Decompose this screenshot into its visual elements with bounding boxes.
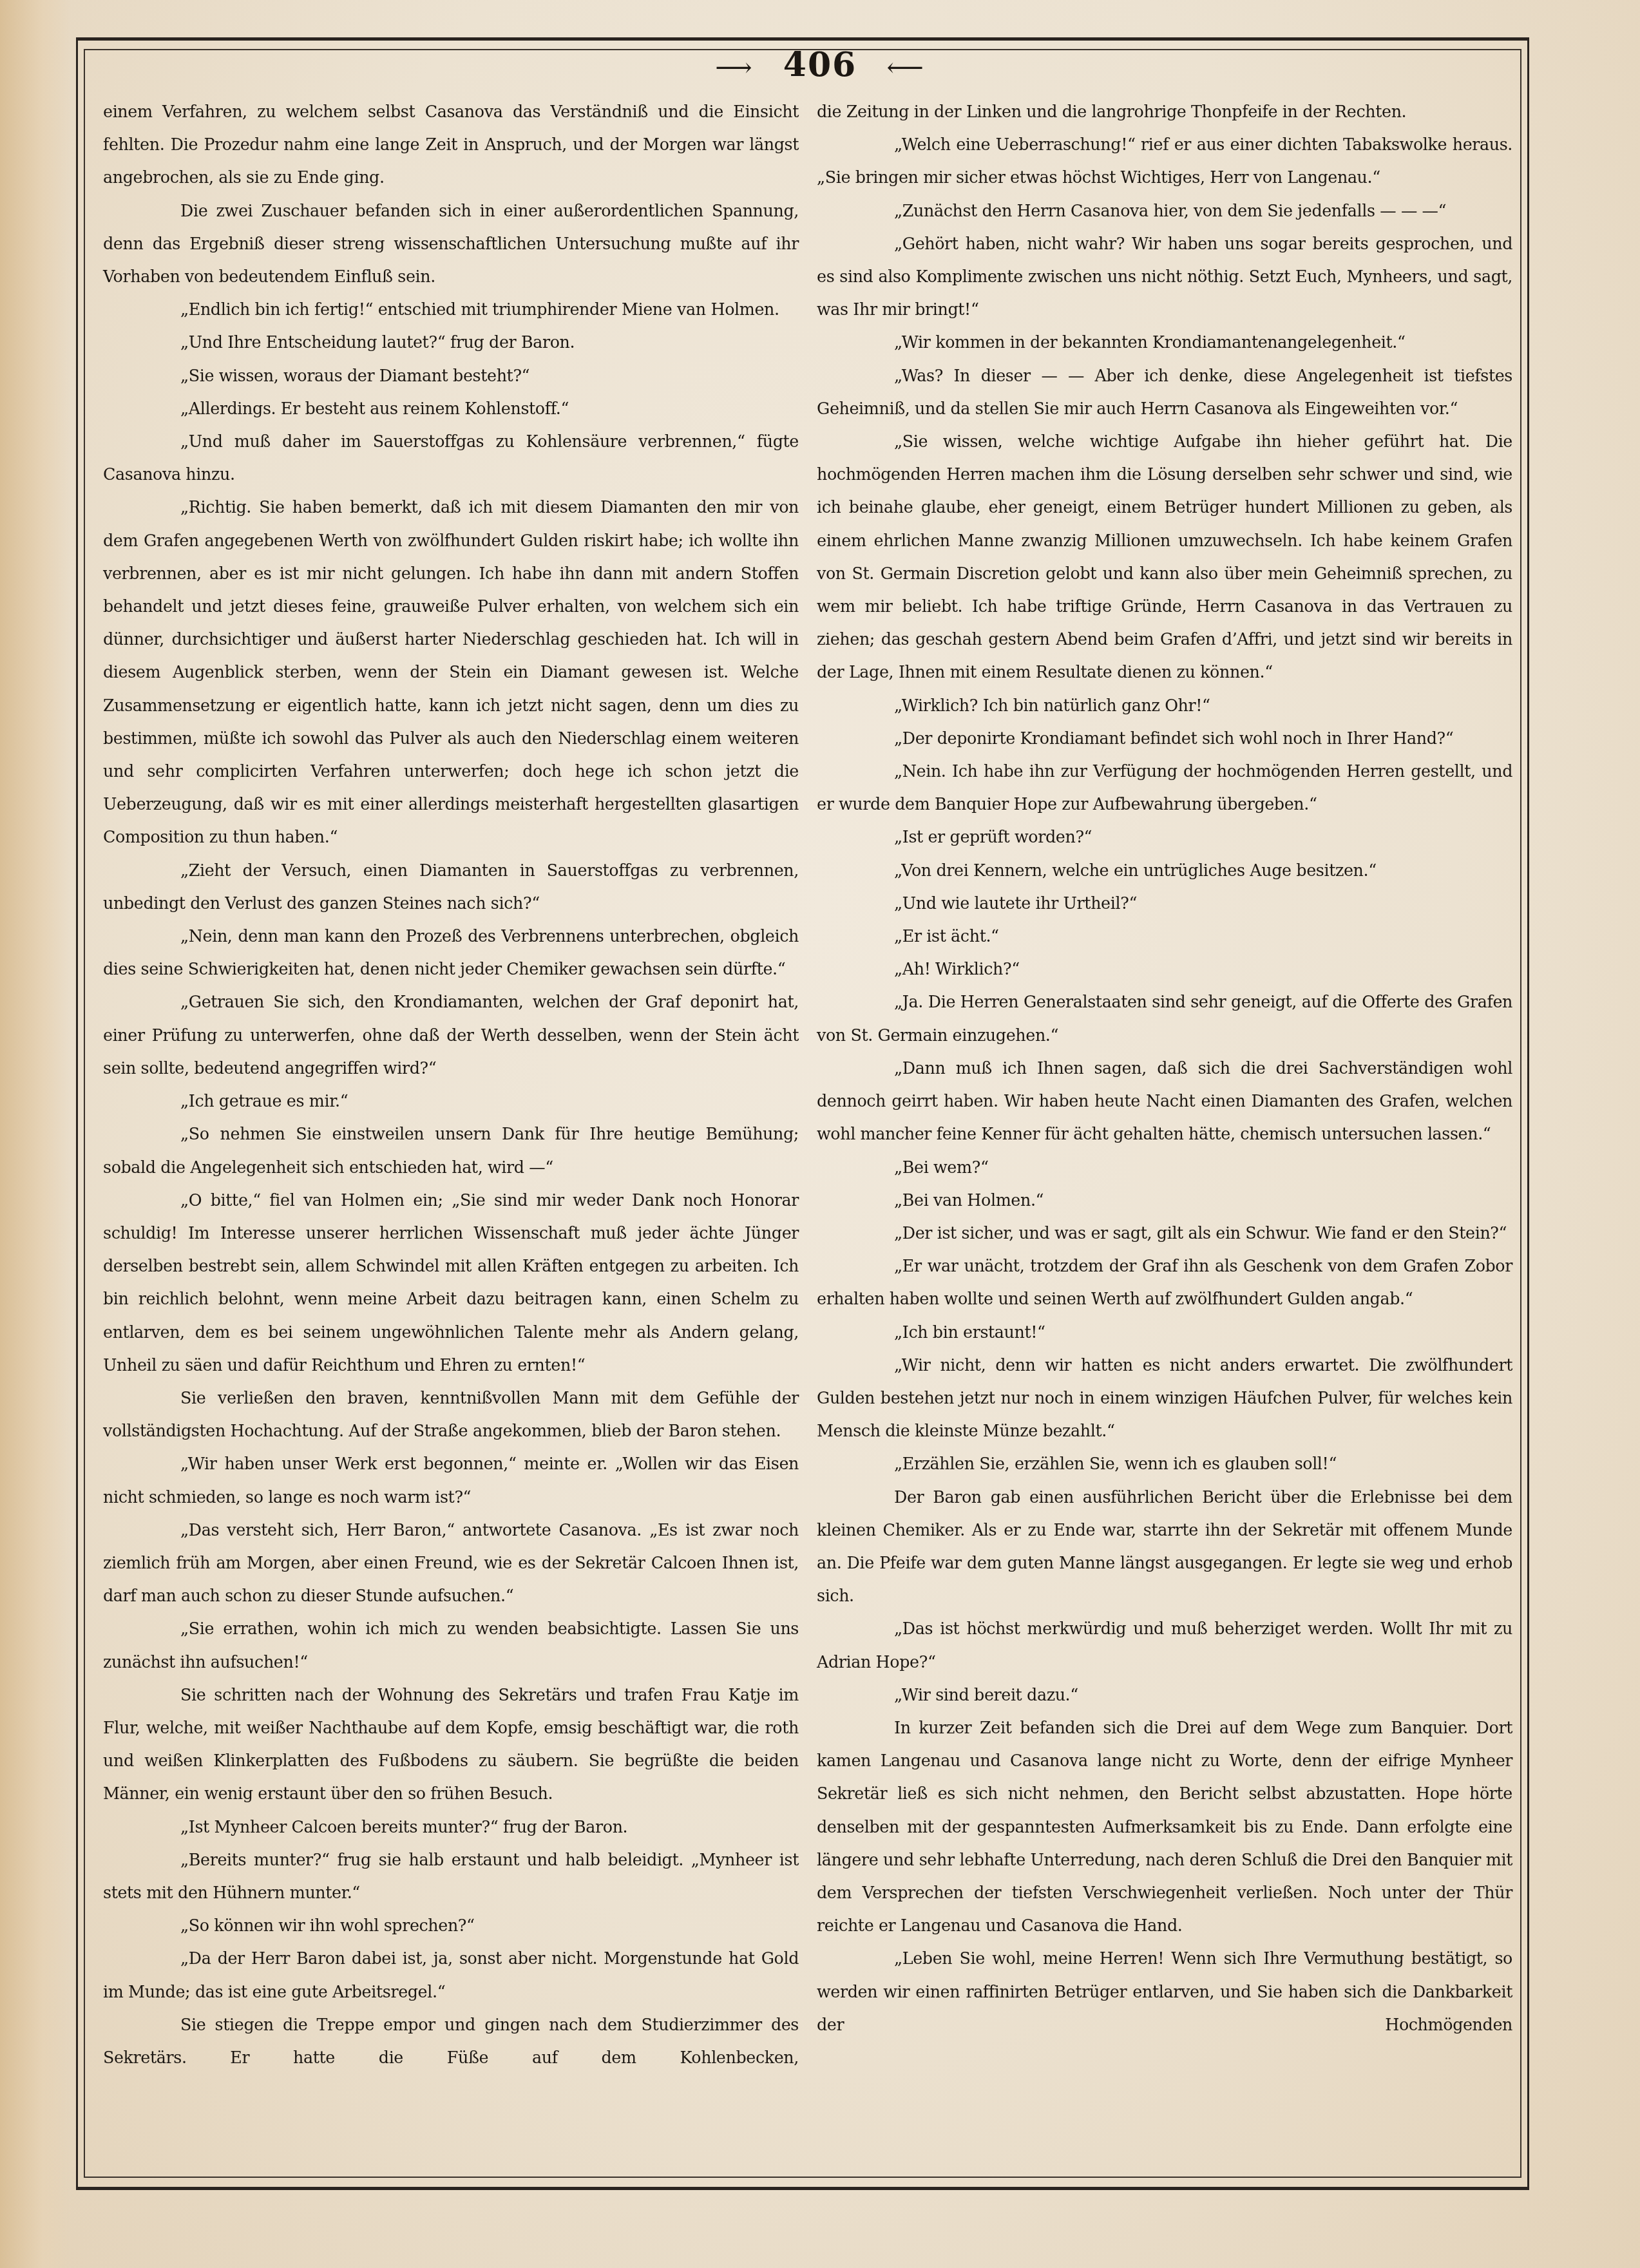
paragraph: „Er war unächt, trotzdem der Graf ihn al… (817, 1250, 1512, 1315)
paragraph: „Der ist sicher, und was er sagt, gilt a… (817, 1217, 1512, 1250)
paragraph: „Das versteht sich, Herr Baron,“ antwort… (103, 1514, 799, 1613)
paragraph: einem Verfahren, zu welchem selbst Casan… (103, 95, 799, 195)
paragraph: „Ja. Die Herren Generalstaaten sind sehr… (817, 986, 1512, 1051)
paragraph: „Wir kommen in der bekannten Krondiamant… (817, 326, 1512, 359)
paragraph: „Allerdings. Er besteht aus reinem Kohle… (103, 392, 799, 425)
paragraph: „Und muß daher im Sauerstoffgas zu Kohle… (103, 425, 799, 491)
paragraph: „Erzählen Sie, erzählen Sie, wenn ich es… (817, 1447, 1512, 1480)
paragraph: „Ist Mynheer Calcoen bereits munter?“ fr… (103, 1811, 799, 1844)
paragraph: „Getrauen Sie sich, den Krondiamanten, w… (103, 986, 799, 1085)
paragraph: „Wir nicht, denn wir hatten es nicht and… (817, 1349, 1512, 1448)
paragraph: „Ich getraue es mir.“ (103, 1085, 799, 1118)
paragraph: Der Baron gab einen ausführlichen Berich… (817, 1481, 1512, 1613)
paragraph: „Ist er geprüft worden?“ (817, 821, 1512, 853)
paragraph: „Der deponirte Krondiamant befindet sich… (817, 722, 1512, 755)
paragraph: „Sie wissen, woraus der Diamant besteht?… (103, 359, 799, 392)
paragraph: „Zieht der Versuch, einen Diamanten in S… (103, 854, 799, 920)
paragraph: „Ich bin erstaunt!“ (817, 1316, 1512, 1349)
paragraph: „Gehört haben, nicht wahr? Wir haben uns… (817, 227, 1512, 327)
paragraph: „Wirklich? Ich bin natürlich ganz Ohr!“ (817, 689, 1512, 722)
paragraph: Sie verließen den braven, kenntnißvollen… (103, 1382, 799, 1447)
paragraph: die Zeitung in der Linken und die langro… (817, 95, 1512, 128)
paragraph: Die zwei Zuschauer befanden sich in eine… (103, 195, 799, 294)
paragraph: „So können wir ihn wohl sprechen?“ (103, 1909, 799, 1942)
paragraph: „Ah! Wirklich?“ (817, 953, 1512, 986)
left-column: einem Verfahren, zu welchem selbst Casan… (103, 95, 799, 2074)
paragraph: „Dann muß ich Ihnen sagen, daß sich die … (817, 1052, 1512, 1151)
paragraph: „Wir sind bereit dazu.“ (817, 1679, 1512, 1711)
paragraph: „O bitte,“ fiel van Holmen ein; „Sie sin… (103, 1184, 799, 1382)
paragraph: „Er ist ächt.“ (817, 920, 1512, 953)
ornament-right-icon: ⟵ (886, 53, 924, 82)
paragraph: „Bereits munter?“ frug sie halb erstaunt… (103, 1844, 799, 1909)
paragraph: „Sie errathen, wohin ich mich zu wenden … (103, 1612, 799, 1678)
paragraph: „Bei wem?“ (817, 1151, 1512, 1184)
paragraph: „Leben Sie wohl, meine Herren! Wenn sich… (817, 1942, 1512, 2041)
right-column: die Zeitung in der Linken und die langro… (817, 95, 1512, 2041)
paragraph: Sie schritten nach der Wohnung des Sekre… (103, 1679, 799, 1811)
paragraph: „Sie wissen, welche wichtige Aufgabe ihn… (817, 425, 1512, 689)
paragraph: „Nein, denn man kann den Prozeß des Verb… (103, 920, 799, 986)
paragraph: „Was? In dieser — — Aber ich denke, dies… (817, 359, 1512, 425)
paragraph: „Bei van Holmen.“ (817, 1184, 1512, 1217)
paragraph: In kurzer Zeit befanden sich die Drei au… (817, 1711, 1512, 1942)
paragraph: „Wir haben unser Werk erst begonnen,“ me… (103, 1447, 799, 1513)
paragraph: „Da der Herr Baron dabei ist, ja, sonst … (103, 1942, 799, 2008)
paragraph: „Und Ihre Entscheidung lautet?“ frug der… (103, 326, 799, 359)
paragraph: Sie stiegen die Treppe empor und gingen … (103, 2008, 799, 2074)
ornament-left-icon: ⟶ (715, 53, 753, 82)
paragraph: „So nehmen Sie einstweilen unsern Dank f… (103, 1118, 799, 1183)
paper-edge-shadow (0, 0, 71, 2268)
paragraph: „Welch eine Ueberraschung!“ rief er aus … (817, 128, 1512, 194)
paragraph: „Richtig. Sie haben bemerkt, daß ich mit… (103, 491, 799, 853)
paragraph: „Das ist höchst merkwürdig und muß beher… (817, 1612, 1512, 1678)
paragraph: „Von drei Kennern, welche ein untrüglich… (817, 854, 1512, 887)
paragraph: „Nein. Ich habe ihn zur Verfügung der ho… (817, 755, 1512, 821)
paragraph: „Und wie lautete ihr Urtheil?“ (817, 887, 1512, 920)
paragraph: „Endlich bin ich fertig!“ entschied mit … (103, 293, 799, 326)
page-header: ⟶ 406 ⟵ (0, 45, 1640, 84)
page-number: 406 (783, 45, 857, 84)
paragraph: „Zunächst den Herrn Casanova hier, von d… (817, 195, 1512, 227)
